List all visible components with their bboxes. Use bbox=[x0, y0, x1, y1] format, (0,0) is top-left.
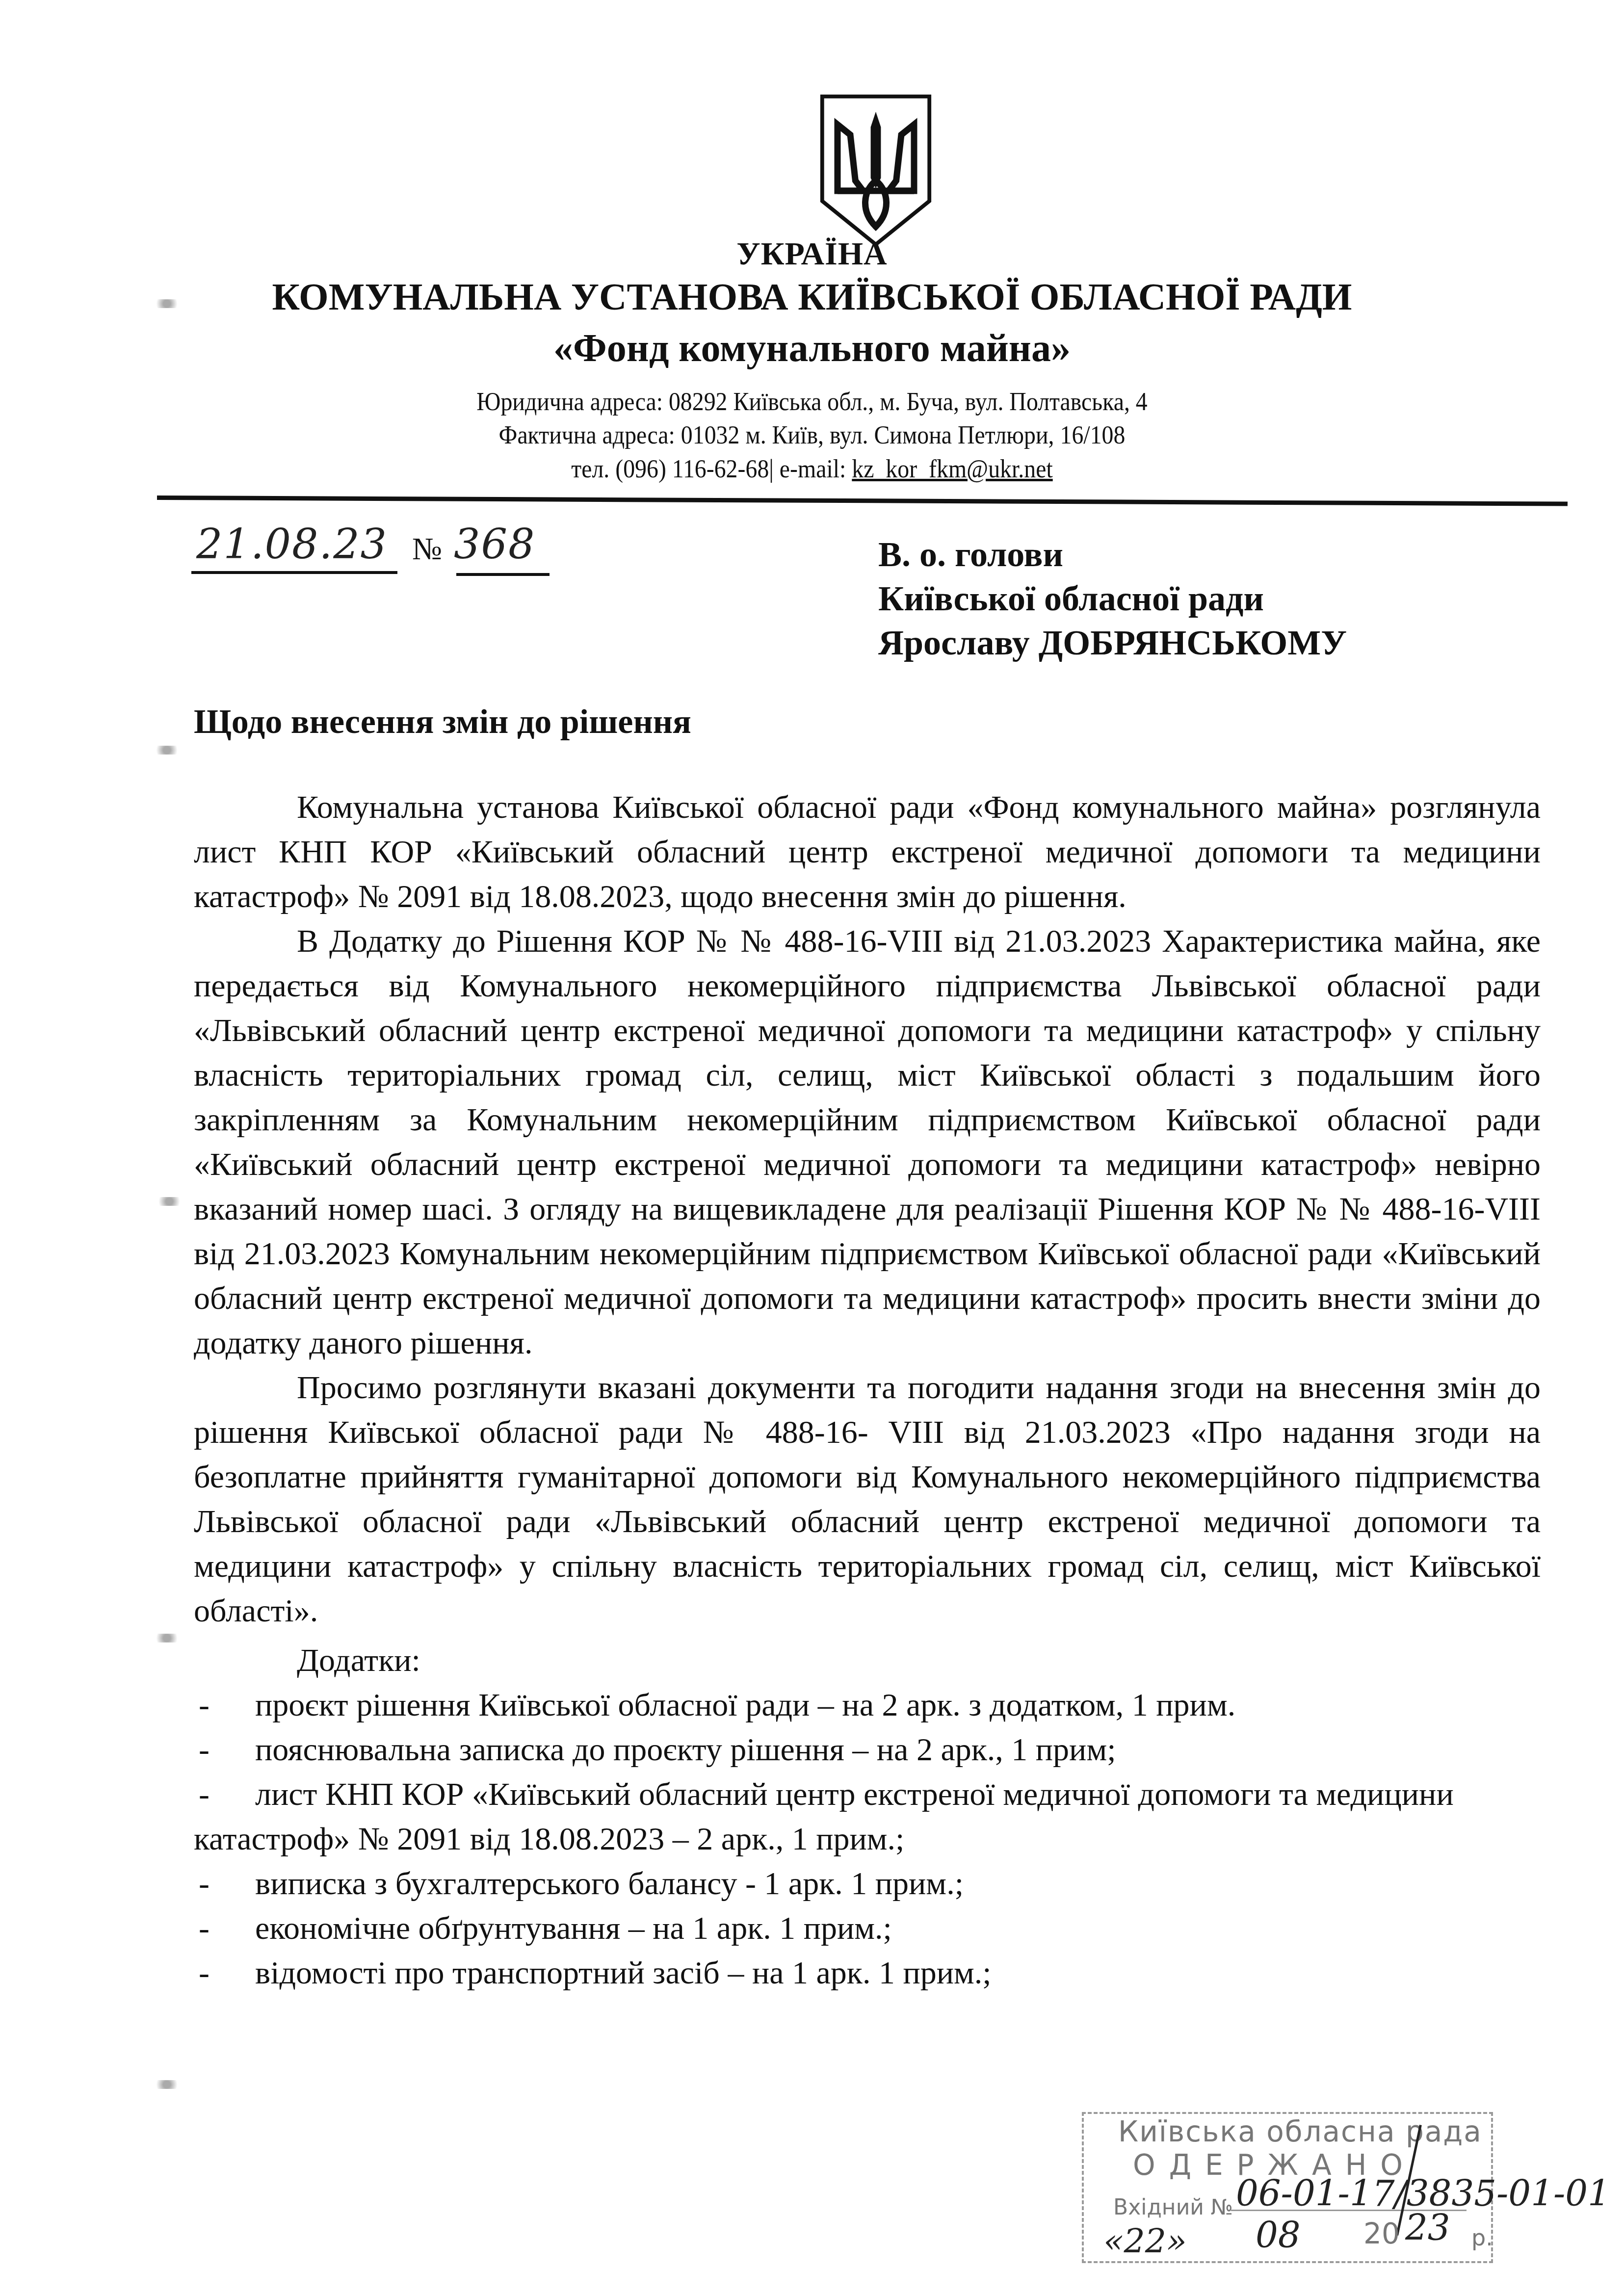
registration-date: 21.08.23 bbox=[196, 520, 388, 568]
letter-subject: Щодо внесення змін до рішення bbox=[194, 703, 691, 742]
scan-speck bbox=[150, 2080, 184, 2089]
paragraph: Комунальна установа Київської обласної р… bbox=[194, 785, 1541, 919]
attachment-item: -пояснювальна записка до проєкту рішення… bbox=[194, 1727, 1541, 1772]
organization-name: «Фонд комунального майна» bbox=[0, 326, 1624, 371]
bullet-dash: - bbox=[199, 1861, 210, 1906]
attachment-item: -економічне обґрунтування – на 1 арк. 1 … bbox=[194, 1906, 1541, 1951]
stamp-day: «22» bbox=[1103, 2222, 1187, 2261]
letter-page: УКРАЇНА КОМУНАЛЬНА УСТАНОВА КИЇВСЬКОЇ ОБ… bbox=[0, 0, 1624, 2294]
scan-speck bbox=[150, 1634, 184, 1642]
trident-coat-of-arms-icon bbox=[812, 88, 940, 255]
attachment-item: -лист КНП КОР «Київський обласний центр … bbox=[194, 1772, 1541, 1861]
paragraph: В Додатку до Рішення КОР № № 488-16-VIII… bbox=[194, 919, 1541, 1365]
email-link[interactable]: kz_kor_fkm@ukr.net bbox=[852, 455, 1052, 483]
number-underline bbox=[456, 573, 550, 576]
scan-speck bbox=[150, 299, 184, 308]
bullet-dash: - bbox=[199, 1727, 210, 1772]
date-underline bbox=[191, 571, 397, 574]
organization-title: КОМУНАЛЬНА УСТАНОВА КИЇВСЬКОЇ ОБЛАСНОЇ Р… bbox=[0, 275, 1624, 319]
registration-line: 21.08.23 № 368 bbox=[182, 520, 574, 574]
legal-address: Юридична адреса: 08292 Київська обл., м.… bbox=[65, 388, 1559, 417]
stamp-year-prefix: 20 bbox=[1363, 2217, 1400, 2250]
addressee-organization: Київської обласної ради bbox=[878, 576, 1347, 621]
bullet-dash: - bbox=[199, 1772, 210, 1817]
bullet-dash: - bbox=[199, 1906, 210, 1951]
stamp-year-abbr: р. bbox=[1471, 2224, 1493, 2251]
scan-speck bbox=[152, 1197, 186, 1206]
stamp-year-suffix: 23 bbox=[1405, 2207, 1450, 2248]
attachments-list: -проєкт рішення Київської обласної ради … bbox=[194, 1683, 1541, 1995]
contacts: тел. (096) 116-62-68| e-mail: kz_kor_fkm… bbox=[65, 455, 1559, 484]
attachment-item: -відомості про транспортний засіб – на 1… bbox=[194, 1951, 1541, 1995]
scan-speck bbox=[150, 746, 184, 755]
addressee-block: В. о. голови Київської обласної ради Яро… bbox=[878, 532, 1347, 665]
bullet-dash: - bbox=[199, 1951, 210, 1995]
number-sign: № bbox=[412, 531, 442, 567]
stamp-incoming-label: Вхідний № bbox=[1113, 2195, 1233, 2220]
phone: тел. (096) 116-62-68| e-mail: bbox=[571, 455, 852, 483]
letter-body: Комунальна установа Київської обласної р… bbox=[194, 785, 1541, 1995]
addressee-name: Ярославу ДОБРЯНСЬКОМУ bbox=[878, 621, 1347, 665]
stamp-month: 08 bbox=[1256, 2215, 1301, 2256]
attachment-item: -проєкт рішення Київської обласної ради … bbox=[194, 1683, 1541, 1727]
addressee-position: В. о. голови bbox=[878, 532, 1347, 576]
stamp-organization: Київська обласна рада bbox=[1118, 2115, 1482, 2148]
bullet-dash: - bbox=[199, 1683, 210, 1727]
actual-address: Фактична адреса: 01032 м. Київ, вул. Сим… bbox=[65, 421, 1559, 450]
attachments-heading: Додатки: bbox=[194, 1638, 1541, 1683]
received-stamp: Київська обласна рада ОДЕРЖАНО Вхідний №… bbox=[1082, 2112, 1493, 2263]
registration-number: 368 bbox=[454, 520, 535, 568]
country-title: УКРАЇНА bbox=[0, 235, 1624, 273]
header-divider bbox=[157, 495, 1568, 506]
attachment-item: -виписка з бухгалтерського балансу - 1 а… bbox=[194, 1861, 1541, 1906]
paragraph: Просимо розглянути вказані документи та … bbox=[194, 1365, 1541, 1633]
